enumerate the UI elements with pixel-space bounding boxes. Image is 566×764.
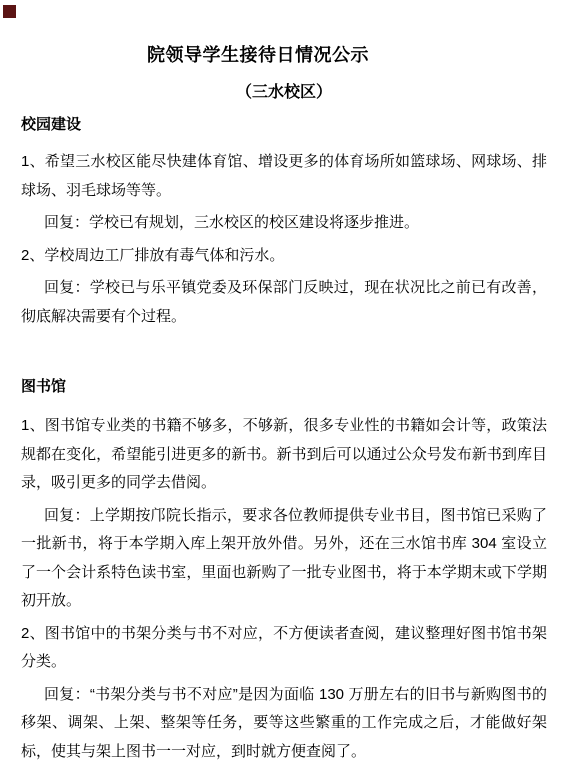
document-title: 院领导学生接待日情况公示 [0,42,521,68]
section-heading: 校园建设 [21,115,547,135]
question-item: 2、图书馆中的书架分类与书不对应，不方便读者查阅，建议整理好图书馆书架分类。 [21,620,547,677]
section-campus-construction: 校园建设 1、希望三水校区能尽快建体育馆、增设更多的体育场所如篮球场、网球场、排… [21,115,547,331]
reply-item: 回复：上学期按邝院长指示，要求各位教师提供专业书目，图书馆已采购了一批新书，将于… [21,502,547,616]
document-page: 院领导学生接待日情况公示 （三水校区） 校园建设 1、希望三水校区能尽快建体育馆… [0,0,566,764]
question-item: 2、学校周边工厂排放有毒气体和污水。 [21,242,547,271]
question-item: 1、希望三水校区能尽快建体育馆、增设更多的体育场所如篮球场、网球场、排球场、羽毛… [21,148,547,205]
section-library: 图书馆 1、图书馆专业类的书籍不够多，不够新，很多专业性的书籍如会计等，政策法规… [21,377,547,764]
document-subtitle: （三水校区） [21,81,547,105]
reply-item: 回复：学校已有规划，三水校区的校区建设将逐步推进。 [21,209,547,238]
question-item: 1、图书馆专业类的书籍不够多，不够新，很多专业性的书籍如会计等，政策法规都在变化… [21,412,547,498]
corner-marker [3,5,16,18]
reply-item: 回复：学校已与乐平镇党委及环保部门反映过，现在状况比之前已有改善，彻底解决需要有… [21,274,547,331]
reply-item: 回复：“书架分类与书不对应”是因为面临 130 万册左右的旧书与新购图书的移架、… [21,681,547,764]
section-heading: 图书馆 [21,377,547,397]
